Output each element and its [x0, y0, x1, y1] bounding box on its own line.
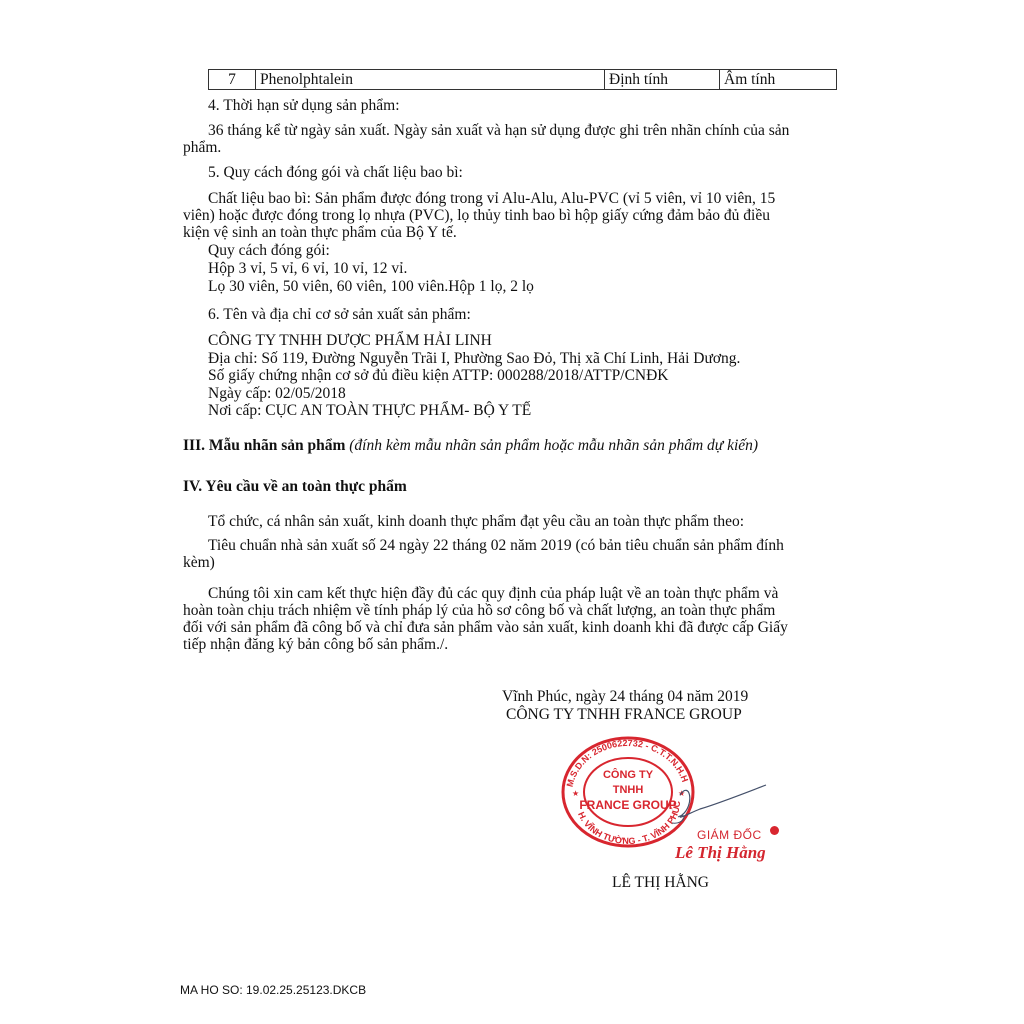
section-6-heading: 6. Tên và địa chỉ cơ sở sản xuất sản phẩ…: [208, 306, 471, 323]
place-date: Vĩnh Phúc, ngày 24 tháng 04 năm 2019: [502, 688, 748, 705]
section-iii-note: (đính kèm mẫu nhãn sản phẩm hoặc mẫu nhã…: [349, 437, 758, 454]
file-code: MA HO SO: 19.02.25.25123.DKCB: [180, 982, 366, 999]
material-line-2: viên) hoặc được đóng trong lọ nhựa (PVC)…: [183, 207, 770, 224]
section-iv-heading: IV. Yêu cầu về an toàn thực phẩm: [183, 478, 407, 495]
table-row: 7 Phenolphtalein Định tính Âm tính: [209, 70, 837, 90]
seal-dot-icon: [770, 826, 779, 835]
standard-line-1: Tiêu chuẩn nhà sản xuất số 24 ngày 22 th…: [208, 537, 784, 554]
section-4-heading: 4. Thời hạn sử dụng sản phẩm:: [208, 97, 400, 114]
svg-text:TNHH: TNHH: [613, 784, 644, 796]
shelf-life-line-1: 36 tháng kể từ ngày sản xuất. Ngày sản x…: [208, 122, 789, 139]
packing-label: Quy cách đóng gói:: [208, 242, 330, 259]
commitment-line-1: Chúng tôi xin cam kết thực hiện đầy đủ c…: [208, 585, 778, 602]
test-result: Âm tính: [720, 70, 837, 90]
manufacturer-address: Địa chỉ: Số 119, Đường Nguyễn Trãi I, Ph…: [208, 350, 740, 367]
svg-text:★: ★: [572, 789, 579, 798]
director-signature-name: Lê Thị Hằng: [675, 843, 766, 863]
material-line-3: kiện vệ sinh an toàn thực phẩm của Bộ Y …: [183, 224, 457, 241]
signing-company: CÔNG TY TNHH FRANCE GROUP: [506, 706, 742, 723]
commitment-line-2: hoàn toàn chịu trách nhiệm về tính pháp …: [183, 602, 775, 619]
test-result-table: 7 Phenolphtalein Định tính Âm tính: [208, 69, 837, 90]
requirement-line: Tổ chức, cá nhân sản xuất, kinh doanh th…: [208, 513, 744, 530]
issued-by: Nơi cấp: CỤC AN TOÀN THỰC PHẨM- BỘ Y TẾ: [208, 402, 531, 419]
standard-line-2: kèm): [183, 554, 215, 571]
section-5-heading: 5. Quy cách đóng gói và chất liệu bao bì…: [208, 164, 463, 181]
material-line-1: Chất liệu bao bì: Sản phẩm được đóng tro…: [208, 190, 775, 207]
commitment-line-4: tiếp nhận đăng ký bản công bố sản phẩm./…: [183, 636, 448, 653]
commitment-line-3: đối với sản phẩm đã công bố và chỉ đưa s…: [183, 619, 788, 636]
section-iii-heading: III. Mẫu nhãn sản phẩm: [183, 437, 345, 454]
svg-text:CÔNG TY: CÔNG TY: [603, 768, 654, 781]
row-number: 7: [209, 70, 256, 90]
packing-line-1: Hộp 3 vỉ, 5 vỉ, 6 vỉ, 10 vỉ, 12 vỉ.: [208, 260, 407, 277]
test-method: Định tính: [605, 70, 720, 90]
issue-date: Ngày cấp: 02/05/2018: [208, 385, 346, 402]
section-iii: III. Mẫu nhãn sản phẩm (đính kèm mẫu nhã…: [183, 437, 758, 454]
certificate-number: Số giấy chứng nhận cơ sở đủ điều kiện AT…: [208, 367, 669, 384]
shelf-life-line-2: phẩm.: [183, 139, 221, 156]
signature-scribble-icon: [660, 775, 770, 835]
director-title: GIÁM ĐỐC: [697, 828, 762, 842]
signer-name: LÊ THỊ HẰNG: [612, 874, 709, 891]
test-name: Phenolphtalein: [256, 70, 605, 90]
packing-line-2: Lọ 30 viên, 50 viên, 60 viên, 100 viên.H…: [208, 278, 534, 295]
manufacturer-name: CÔNG TY TNHH DƯỢC PHẨM HẢI LINH: [208, 332, 492, 349]
